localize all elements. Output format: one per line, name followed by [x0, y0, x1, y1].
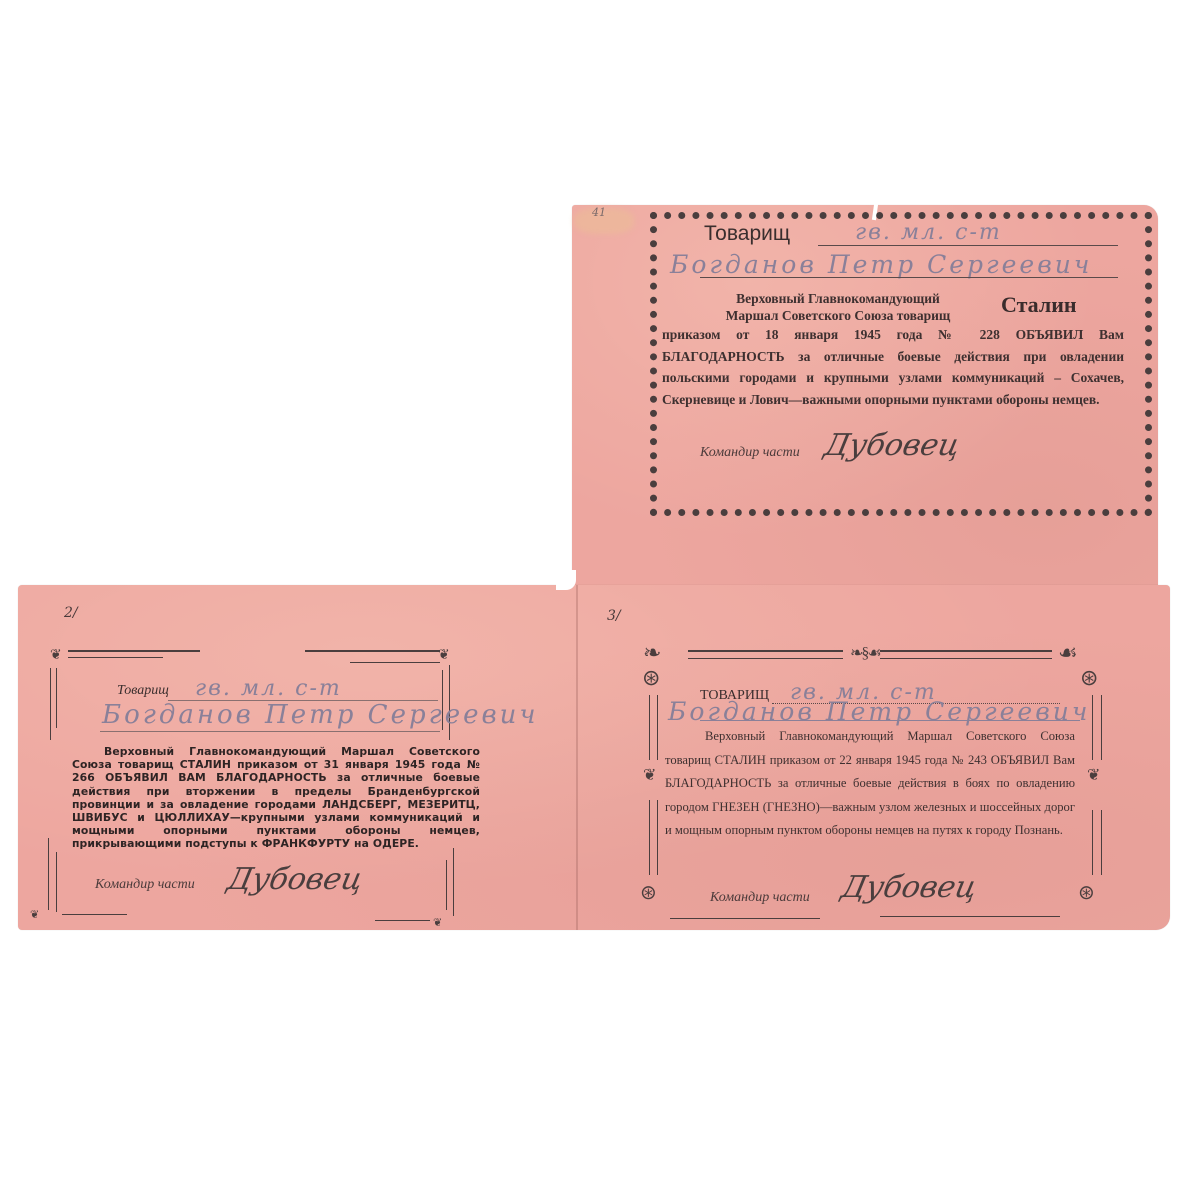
- frame-line: [446, 860, 447, 910]
- frame-line: [657, 800, 658, 875]
- page-mark: 2/: [64, 605, 78, 621]
- frame-line: [305, 650, 440, 652]
- commander-signature: Дубовец: [224, 862, 366, 897]
- frame-line: [688, 658, 843, 659]
- name-underline: [700, 277, 1118, 278]
- certificate-text: Верховный Главнокомандующий Маршал Совет…: [72, 745, 480, 851]
- side-ornament-icon: ❦: [1087, 765, 1100, 785]
- paper-notch: [556, 570, 576, 590]
- frame-line: [62, 914, 127, 915]
- rank-underline: [818, 245, 1118, 246]
- frame-line: [649, 800, 650, 875]
- frame-line: [1092, 810, 1093, 875]
- page-mark: 41: [592, 206, 606, 219]
- addressee-label: Товарищ: [117, 683, 169, 699]
- certificate-text: Верховный Главнокомандующий Маршал Совет…: [665, 725, 1075, 843]
- frame-line: [453, 848, 454, 916]
- name-underline: [700, 720, 1080, 721]
- frame-line: [649, 695, 650, 760]
- paper-fold: [576, 585, 578, 930]
- frame-line: [350, 662, 440, 663]
- name-underline: [100, 731, 440, 732]
- body-text: приказом от 18 января 1945 года № 228 ОБ…: [662, 327, 1124, 407]
- frame-line: [375, 920, 430, 921]
- scroll-ornament-icon: ☙: [1058, 640, 1078, 666]
- rank-handwritten: гв. мл. с-т: [855, 220, 1002, 245]
- frame-line: [688, 650, 843, 652]
- scroll-ornament-icon: ❧: [643, 640, 661, 666]
- frame-line: [880, 916, 1060, 917]
- corner-ornament-icon: ❦: [50, 647, 62, 664]
- frame-line: [68, 650, 200, 652]
- frame-line: [56, 668, 57, 728]
- corner-ornament-icon: ❦: [433, 916, 442, 929]
- scroll-ornament-icon: ⊛: [1080, 665, 1098, 691]
- frame-line: [68, 657, 163, 658]
- side-ornament-icon: ❦: [643, 765, 656, 785]
- name-handwritten: Богданов Петр Сергеевич: [102, 700, 539, 730]
- body-text: Верховный Главнокомандующий Маршал Совет…: [72, 745, 480, 851]
- commander-signature: Дубовец: [821, 428, 963, 463]
- commander-label: Командир части: [710, 890, 810, 906]
- name-handwritten: Богданов Петр Сергеевич: [668, 697, 1090, 726]
- stalin-name: Сталин: [1001, 292, 1077, 318]
- frame-line: [880, 658, 1052, 659]
- scroll-ornament-icon: ⊛: [640, 880, 657, 905]
- commander-label: Командир части: [700, 445, 800, 461]
- frame-line: [670, 918, 820, 919]
- center-ornament-icon: ❧§☙: [850, 643, 880, 663]
- commander-signature: Дубовец: [838, 870, 980, 905]
- commander-label: Командир части: [95, 877, 195, 893]
- scroll-ornament-icon: ⊛: [642, 665, 660, 691]
- frame-line: [56, 852, 57, 912]
- frame-line: [1092, 695, 1093, 760]
- frame-line: [1101, 695, 1102, 760]
- frame-line: [657, 695, 658, 760]
- frame-line: [50, 668, 51, 740]
- scroll-ornament-icon: ⊛: [1078, 880, 1095, 905]
- body-text: Верховный Главнокомандующий Маршал Совет…: [665, 725, 1075, 843]
- addressee-label: Товарищ: [704, 222, 790, 246]
- frame-line: [880, 650, 1052, 652]
- frame-line: [48, 838, 49, 910]
- page-mark: 3/: [607, 608, 621, 624]
- corner-ornament-icon: ❦: [30, 908, 39, 921]
- frame-line: [1101, 810, 1102, 875]
- name-handwritten: Богданов Петр Сергеевич: [670, 250, 1092, 279]
- rank-handwritten: гв. мл. с-т: [195, 676, 342, 701]
